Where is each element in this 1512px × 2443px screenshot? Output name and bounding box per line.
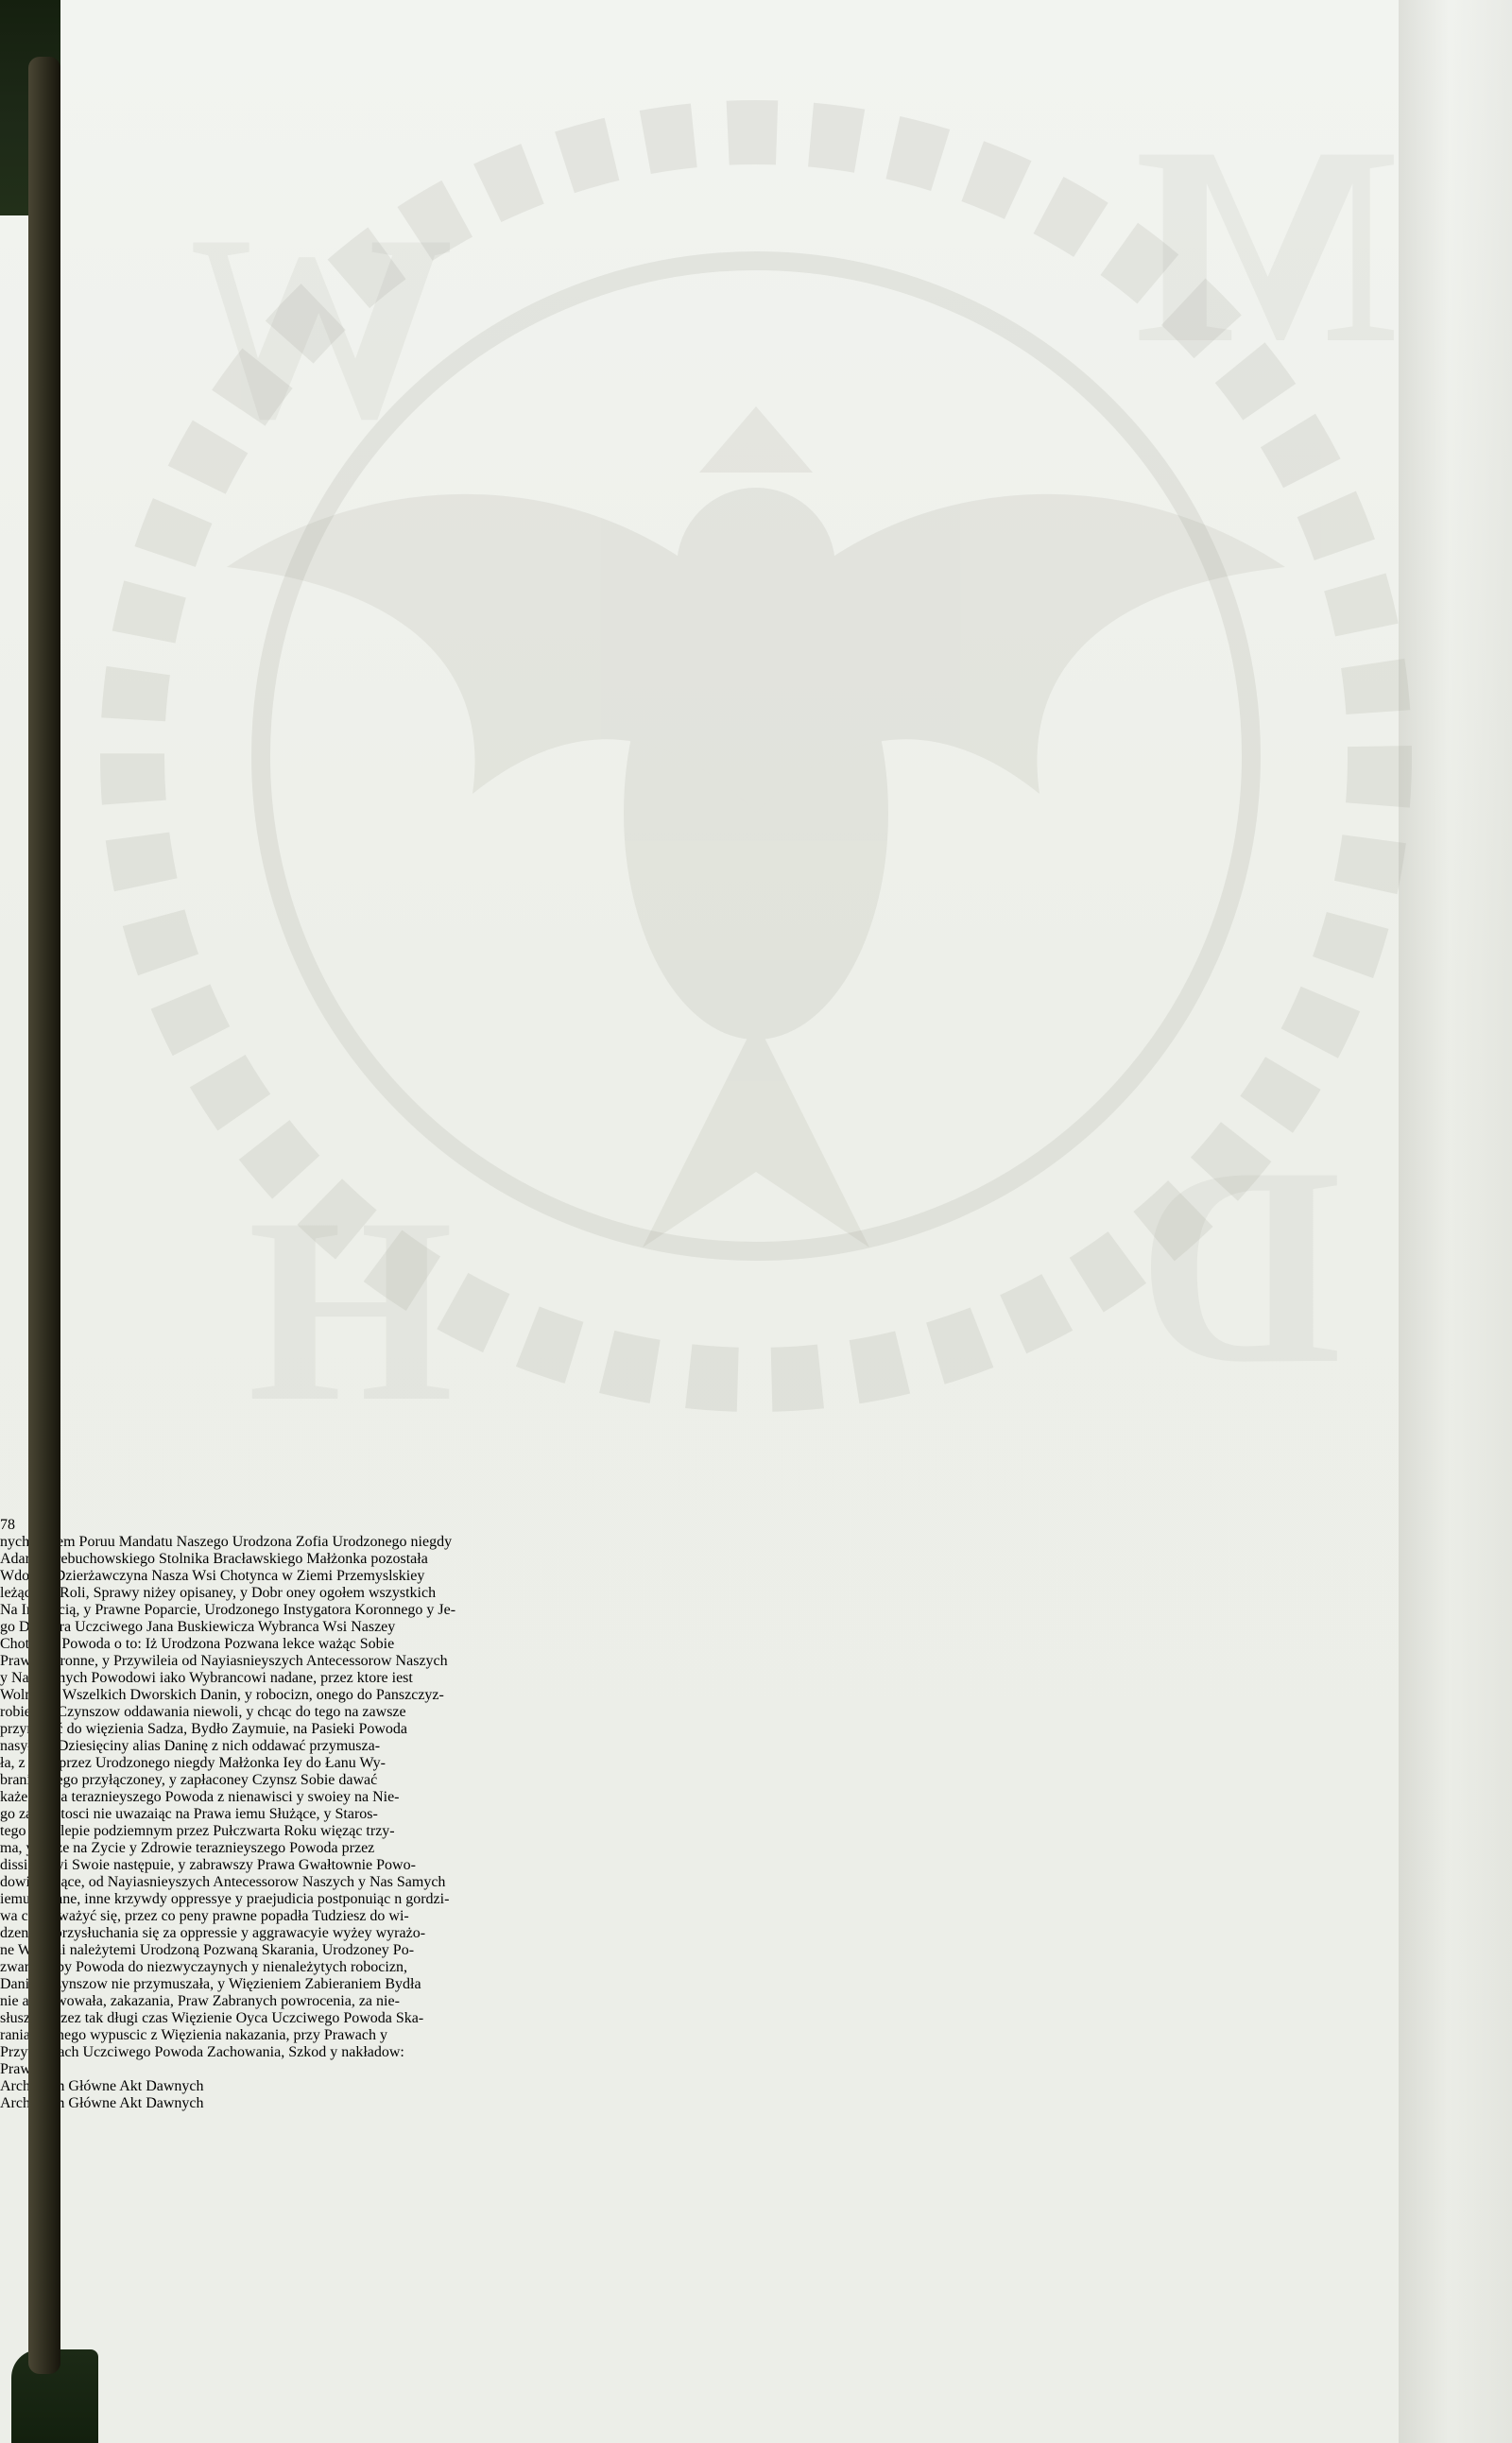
manuscript-line: Chotynca Powoda o to: Iż Urodzona Pozwan…: [0, 1636, 1512, 1653]
svg-text:W: W: [189, 180, 454, 473]
svg-text:D: D: [1137, 1109, 1342, 1422]
manuscript-line: nie aggrawowała, zakazania, Praw Zabrany…: [0, 1993, 1512, 2010]
manuscript-line: Danin, Czynszow nie przymuszała, y Więzi…: [0, 1976, 1512, 1993]
manuscript-line: tego w Sklepie podziemnym przez Pułczwar…: [0, 1823, 1512, 1840]
manuscript-line: nych Listem Poruu Mandatu Naszego Urodzo…: [0, 1534, 1512, 1551]
manuscript-line: Przywileiach Uczciwego Powoda Zachowania…: [0, 2044, 1512, 2061]
svg-text:M: M: [1131, 88, 1399, 402]
manuscript-page: M W D H 78 nych Listem Poruu Mandatu Nas…: [0, 0, 1512, 2078]
manuscript-line: słuszne przez tak długi czas Więzienie O…: [0, 2010, 1512, 2027]
manuscript-line: rania, y onego wypuscic z Więzienia naka…: [0, 2027, 1512, 2044]
manuscript-line: ma, y takze na Zycie y Zdrowie terazniey…: [0, 1840, 1512, 1857]
manuscript-line: nasyła, y Dziesięciny alias Daninę z nic…: [0, 1738, 1512, 1755]
manuscript-line: Prawa Koronne, y Przywileia od Nayiasnie…: [0, 1653, 1512, 1670]
manuscript-line: robienia, Czynszow oddawania niewoli, y …: [0, 1704, 1512, 1721]
manuscript-line: y Nas Samych Powodowi iako Wybrancowi na…: [0, 1670, 1512, 1687]
eagle-seal-bleedthrough: M W D H: [0, 0, 1512, 1512]
folio-number: 78: [0, 1517, 1512, 1534]
svg-text:H: H: [248, 1162, 454, 1456]
manuscript-line: przymusić do więzienia Sadza, Bydło Zaym…: [0, 1721, 1512, 1738]
binding-gutter: [28, 57, 60, 2374]
manuscript-line: ła, z Roli przez Urodzonego niegdy Małżo…: [0, 1755, 1512, 1772]
manuscript-line: leżącey z Roli, Sprawy niżey opisaney, y…: [0, 1585, 1512, 1602]
document-scan: M W D H 78 nych Listem Poruu Mandatu Nas…: [0, 0, 1512, 2443]
manuscript-line: Wolny od Wszelkich Dworskich Danin, y ro…: [0, 1687, 1512, 1704]
manuscript-line: branieckiego przyłączoney, y zapłaconey …: [0, 1772, 1512, 1789]
archive-watermark-bottom: Archiwum Główne Akt Dawnych: [0, 2095, 1512, 2112]
manuscript-line: Wdowa, Dzierżawczyna Nasza Wsi Chotynca …: [0, 1568, 1512, 1585]
manuscript-line: Na Instancią, y Prawne Poparcie, Urodzon…: [0, 1602, 1512, 1619]
manuscript-line: dowi Służące, od Nayiasnieyszych Anteces…: [0, 1874, 1512, 1891]
manuscript-line: ne Winami należytemi Urodzoną Pozwaną Sk…: [0, 1942, 1512, 1959]
manuscript-line: każe; Oyca teraznieyszego Powoda z niena…: [0, 1789, 1512, 1806]
manuscript-line: dzenia y przysłuchania się za oppressie …: [0, 1925, 1512, 1942]
manuscript-line: Adama Trebuchowskiego Stolnika Bracławsk…: [0, 1551, 1512, 1568]
manuscript-line: go zawziętosci nie uwazaiąc na Prawa iem…: [0, 1806, 1512, 1823]
archive-watermark-top: Archiwum Główne Akt Dawnych: [0, 2078, 1512, 2095]
manuscript-text: nych Listem Poruu Mandatu Naszego Urodzo…: [0, 1534, 1512, 2061]
catchword: Prawnych: [0, 2061, 1512, 2078]
manuscript-line: go Delatora Uczciwego Jana Buskiewicza W…: [0, 1619, 1512, 1636]
previous-page-edge: [0, 112, 32, 2376]
manuscript-line: dissidencyi Swoie następuie, y zabrawszy…: [0, 1857, 1512, 1874]
manuscript-line: iemu nadane, inne krzywdy oppressye y pr…: [0, 1891, 1512, 1908]
manuscript-line: zwaney aby Powoda do niezwyczaynych y ni…: [0, 1959, 1512, 1976]
manuscript-line: wa czyni ważyć się, przez co peny prawne…: [0, 1908, 1512, 1925]
